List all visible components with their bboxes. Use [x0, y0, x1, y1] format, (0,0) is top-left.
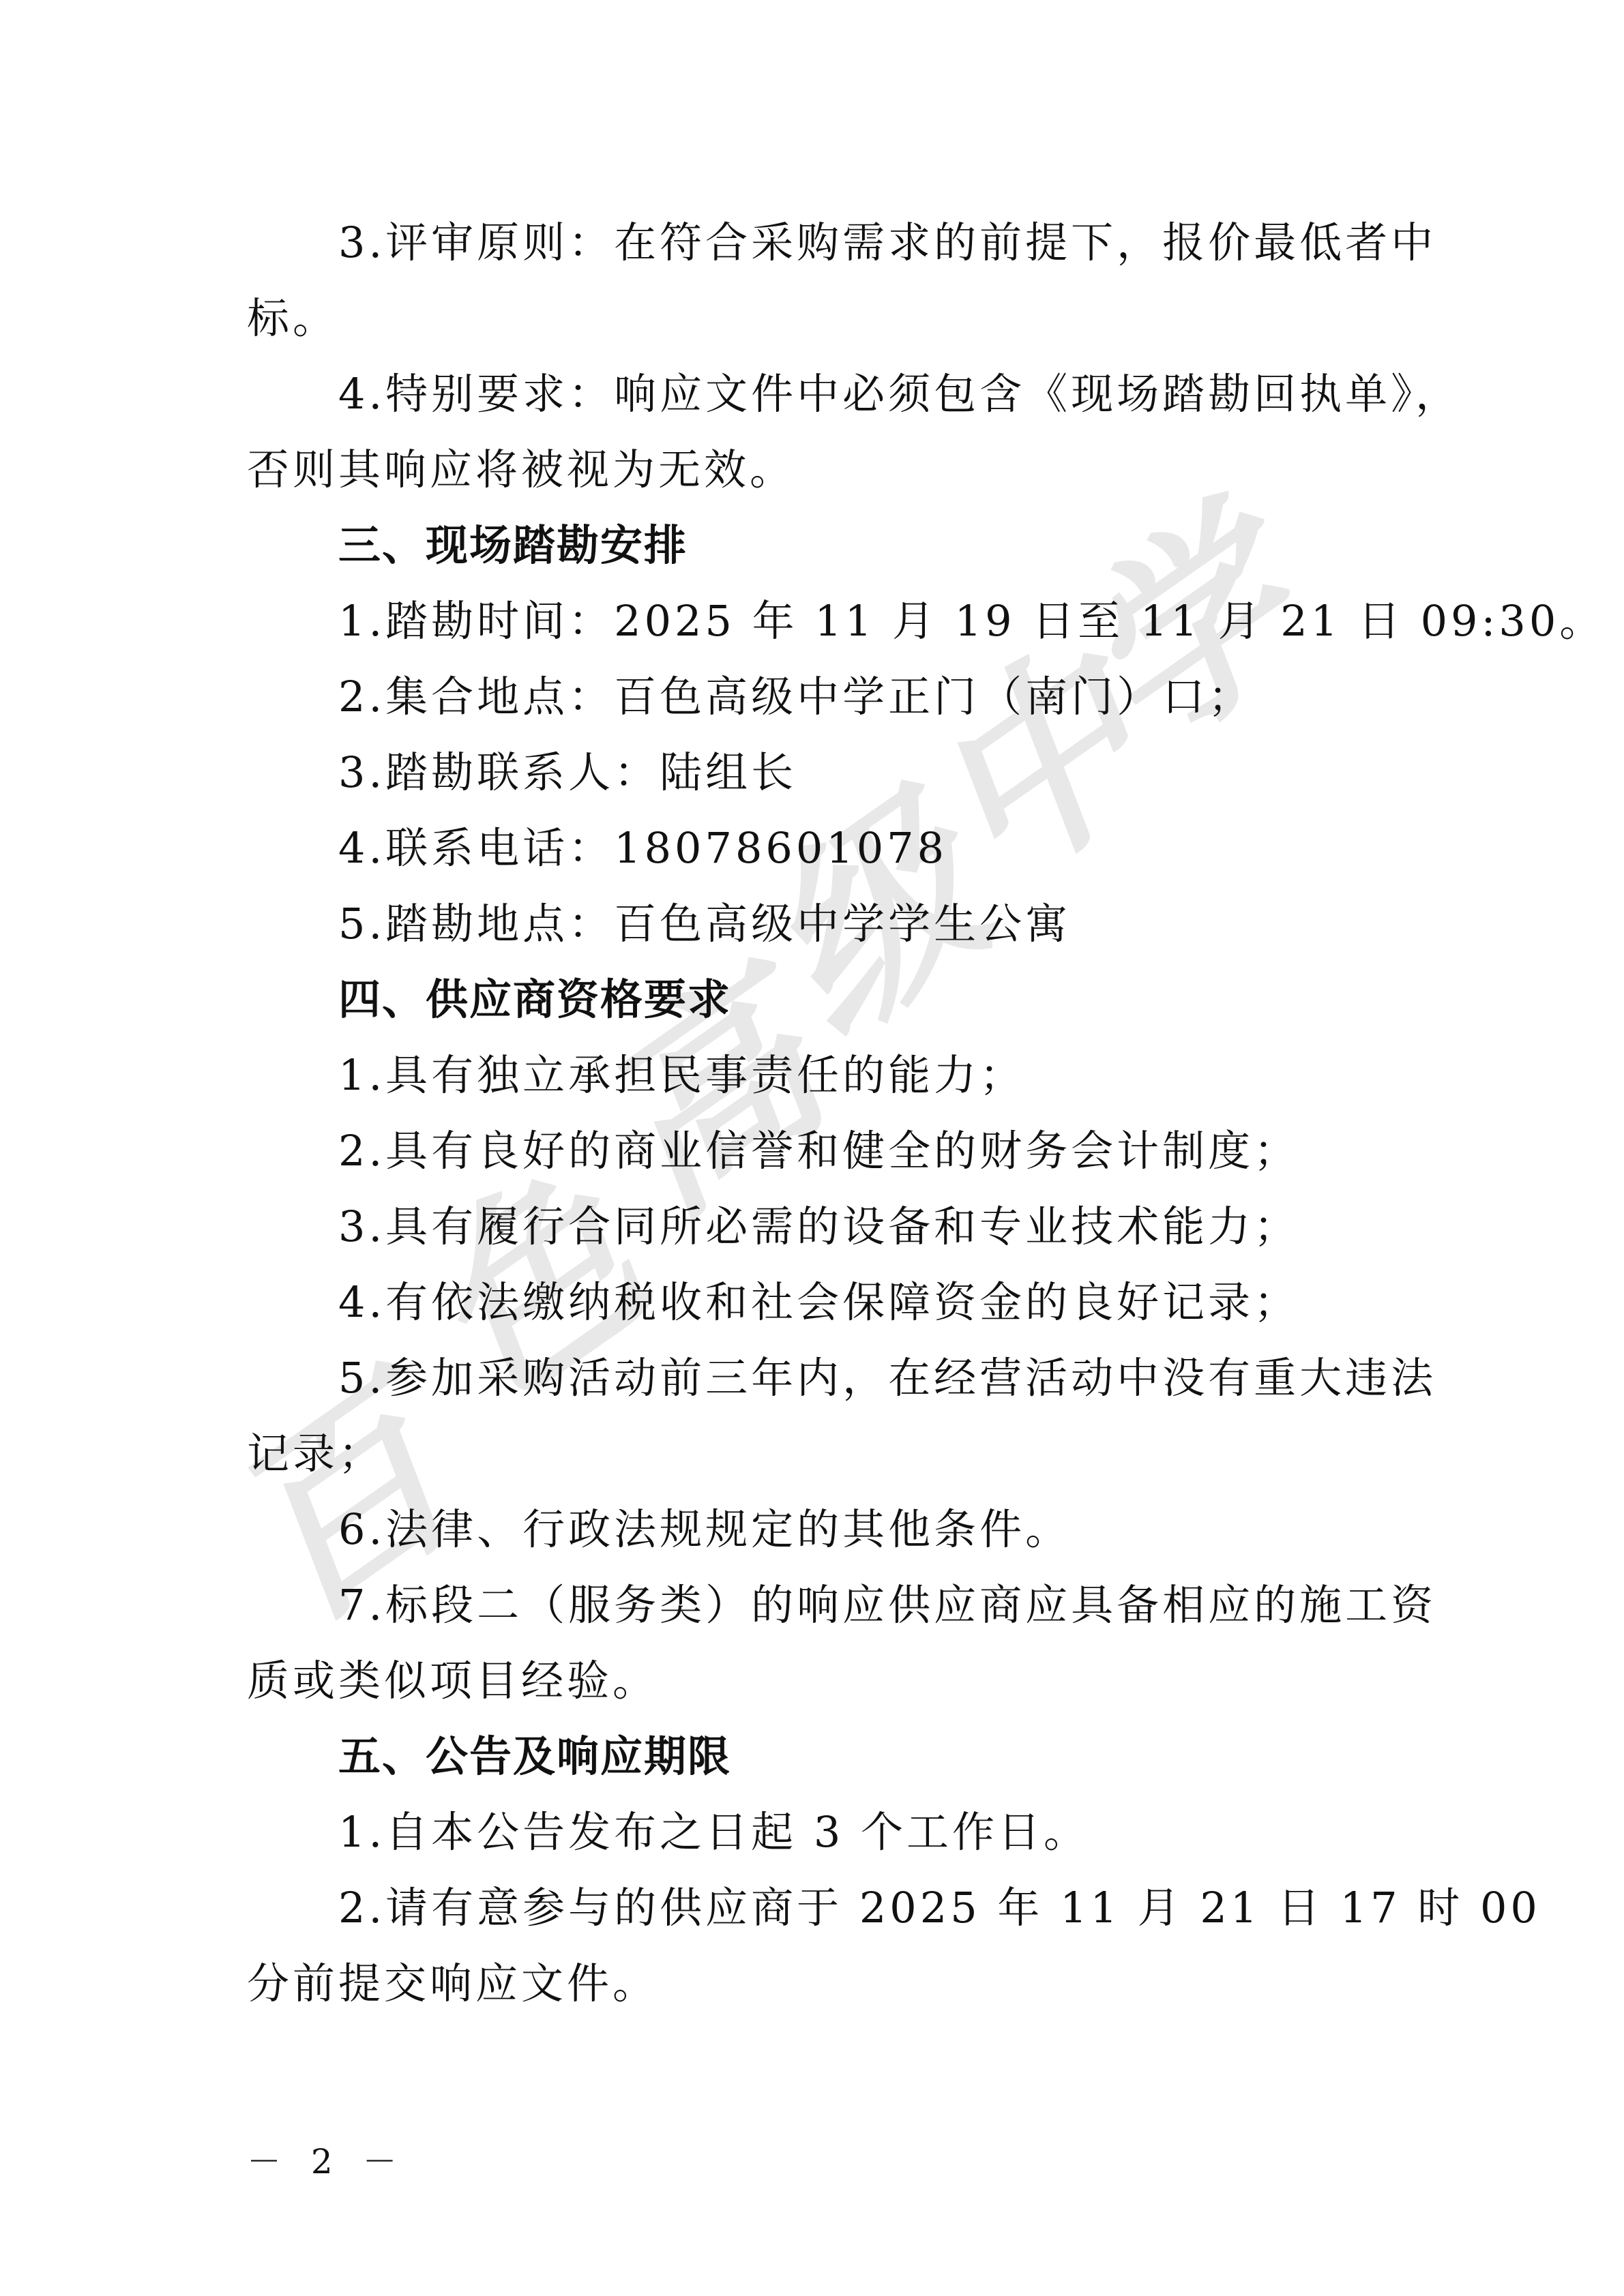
paragraph-line: 4.特别要求：响应文件中必须包含《现场踏勘回执单》，	[247, 356, 1385, 432]
document-body: 3.评审原则：在符合采购需求的前提下，报价最低者中 标。 4.特别要求：响应文件…	[247, 205, 1385, 2021]
paragraph-line: 记录；	[247, 1416, 1385, 1491]
paragraph-line: 4.联系电话：18078601078	[247, 810, 1385, 886]
paragraph-line: 7.标段二（服务类）的响应供应商应具备相应的施工资	[247, 1567, 1385, 1643]
paragraph-line: 分前提交响应文件。	[247, 1945, 1385, 2021]
document-page: 百 色 高 级 中 学 3.评审原则：在符合采购需求的前提下，报价最低者中 标。…	[0, 0, 1624, 2296]
paragraph-line: 标。	[247, 280, 1385, 356]
paragraph-line: 2.集合地点：百色高级中学正门（南门）口；	[247, 659, 1385, 734]
paragraph-line: 3.具有履行合同所必需的设备和专业技术能力；	[247, 1189, 1385, 1264]
paragraph-line: 5.参加采购活动前三年内，在经营活动中没有重大违法	[247, 1340, 1385, 1416]
paragraph-line: 5.踏勘地点：百色高级中学学生公寓	[247, 886, 1385, 961]
page-number: － 2 －	[247, 2134, 407, 2183]
section-heading: 四、供应商资格要求	[247, 961, 1385, 1037]
section-heading: 三、现场踏勘安排	[247, 507, 1385, 583]
section-heading: 五、公告及响应期限	[247, 1718, 1385, 1794]
paragraph-line: 1.踏勘时间：2025 年 11 月 19 日至 11 月 21 日 09:30…	[247, 583, 1385, 659]
paragraph-line: 质或类似项目经验。	[247, 1643, 1385, 1718]
paragraph-line: 4.有依法缴纳税收和社会保障资金的良好记录；	[247, 1264, 1385, 1340]
paragraph-line: 3.踏勘联系人：陆组长	[247, 734, 1385, 810]
paragraph-line: 1.具有独立承担民事责任的能力；	[247, 1037, 1385, 1113]
paragraph-line: 1.自本公告发布之日起 3 个工作日。	[247, 1794, 1385, 1870]
paragraph-line: 2.具有良好的商业信誉和健全的财务会计制度；	[247, 1113, 1385, 1189]
paragraph-line: 否则其响应将被视为无效。	[247, 432, 1385, 507]
paragraph-line: 2.请有意参与的供应商于 2025 年 11 月 21 日 17 时 00	[247, 1870, 1385, 1945]
paragraph-line: 6.法律、行政法规规定的其他条件。	[247, 1491, 1385, 1567]
paragraph-line: 3.评审原则：在符合采购需求的前提下，报价最低者中	[247, 205, 1385, 280]
